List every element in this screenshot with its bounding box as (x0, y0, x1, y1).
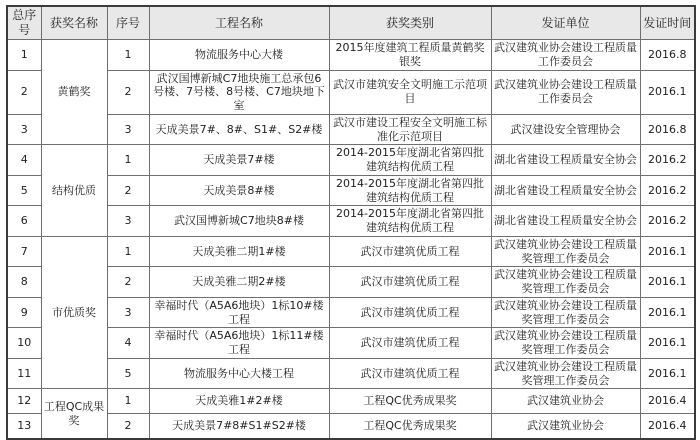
cell-project-name: 天成美雅二期2#楼 (149, 267, 329, 298)
cell-no: 4 (107, 328, 149, 359)
cell-issue-date: 2016.1 (640, 328, 695, 359)
cell-total-no: 10 (7, 328, 41, 359)
table-row: 115物流服务中心大楼工程武汉市建筑优质工程武汉建筑业协会建设工程质量奖管理工作… (7, 358, 695, 389)
cell-total-no: 7 (7, 236, 41, 267)
cell-total-no: 13 (7, 414, 41, 440)
cell-award-category: 2014-2015年度湖北省第四批建筑结构优质工程 (329, 145, 491, 176)
cell-no: 3 (107, 114, 149, 145)
cell-project-name: 幸福时代（A5A6地块）1标11#楼工程 (149, 328, 329, 359)
page: 总序号 获奖名称 序号 工程名称 获奖类别 发证单位 发证时间 1黄鹤奖1物流服… (0, 0, 700, 358)
table-row: 93幸福时代（A5A6地块）1标10#楼工程武汉市建筑优质工程武汉建筑业协会建设… (7, 297, 695, 328)
table-row: 12工程QC成果奖1天成美雅1#2#楼工程QC优秀成果奖武汉建筑业协会2016.… (7, 389, 695, 414)
cell-issuer: 湖北省建设工程质量安全协会 (491, 206, 640, 237)
cell-project-name: 天成美景8#楼 (149, 175, 329, 206)
cell-total-no: 11 (7, 358, 41, 389)
cell-award-category: 2014-2015年度湖北省第四批建筑结构优质工程 (329, 206, 491, 237)
cell-issuer: 武汉建筑业协会建设工程质量奖管理工作委员会 (491, 328, 640, 359)
col-header-award-name: 获奖名称 (41, 6, 107, 40)
cell-award-category: 武汉市建筑优质工程 (329, 236, 491, 267)
cell-issuer: 武汉建筑业协会建设工程质量奖管理工作委员会 (491, 297, 640, 328)
cell-issuer: 武汉建筑业协会建设工程质量奖管理工作委员会 (491, 236, 640, 267)
cell-no: 1 (107, 389, 149, 414)
table-row: 52天成美景8#楼2014-2015年度湖北省第四批建筑结构优质工程湖北省建设工… (7, 175, 695, 206)
awards-table-body: 1黄鹤奖1物流服务中心大楼2015年度建筑工程质量黄鹤奖银奖武汉建筑业协会建设工… (7, 40, 695, 440)
cell-award-category: 2015年度建筑工程质量黄鹤奖银奖 (329, 40, 491, 71)
cell-issuer: 武汉建筑业协会建设工程质量工作委员会 (491, 40, 640, 71)
cell-award-category: 工程QC优秀成果奖 (329, 414, 491, 440)
cell-issuer: 湖北省建设工程质量安全协会 (491, 145, 640, 176)
cell-project-name: 幸福时代（A5A6地块）1标10#楼工程 (149, 297, 329, 328)
col-header-issuer: 发证单位 (491, 6, 640, 40)
table-row: 7市优质奖1天成美雅二期1#楼武汉市建筑优质工程武汉建筑业协会建设工程质量奖管理… (7, 236, 695, 267)
cell-award-category: 武汉市建筑优质工程 (329, 297, 491, 328)
col-header-issue-date: 发证时间 (640, 6, 695, 40)
cell-issue-date: 2016.1 (640, 236, 695, 267)
cell-project-name: 天成美景7#8#S1#S2#楼 (149, 414, 329, 440)
cell-project-name: 武汉国博新城C7地块8#楼 (149, 206, 329, 237)
cell-issuer: 武汉建筑业协会建设工程质量奖管理工作委员会 (491, 358, 640, 389)
cell-no: 2 (107, 267, 149, 298)
table-row: 63武汉国博新城C7地块8#楼2014-2015年度湖北省第四批建筑结构优质工程… (7, 206, 695, 237)
cell-issuer: 湖北省建设工程质量安全协会 (491, 175, 640, 206)
cell-award-category: 武汉市建设工程安全文明施工标准化示范项目 (329, 114, 491, 145)
table-row: 104幸福时代（A5A6地块）1标11#楼工程武汉市建筑优质工程武汉建筑业协会建… (7, 328, 695, 359)
cell-total-no: 12 (7, 389, 41, 414)
cell-issuer: 武汉建筑业协会 (491, 414, 640, 440)
table-row: 82天成美雅二期2#楼武汉市建筑优质工程武汉建筑业协会建设工程质量奖管理工作委员… (7, 267, 695, 298)
cell-issue-date: 2016.1 (640, 70, 695, 114)
cell-award-name: 结构优质 (41, 145, 107, 237)
cell-issue-date: 2016.1 (640, 267, 695, 298)
table-row: 132天成美景7#8#S1#S2#楼工程QC优秀成果奖武汉建筑业协会2016.4 (7, 414, 695, 440)
cell-issuer: 武汉建筑业协会建设工程质量工作委员会 (491, 70, 640, 114)
cell-award-name: 工程QC成果奖 (41, 389, 107, 440)
table-row: 33天成美景7#、8#、S1#、S2#楼武汉市建设工程安全文明施工标准化示范项目… (7, 114, 695, 145)
cell-no: 1 (107, 236, 149, 267)
cell-no: 1 (107, 40, 149, 71)
col-header-no: 序号 (107, 6, 149, 40)
cell-no: 2 (107, 70, 149, 114)
cell-no: 2 (107, 414, 149, 440)
cell-issue-date: 2016.2 (640, 175, 695, 206)
awards-table: 总序号 获奖名称 序号 工程名称 获奖类别 发证单位 发证时间 1黄鹤奖1物流服… (6, 5, 696, 440)
cell-project-name: 天成美景7#楼 (149, 145, 329, 176)
cell-total-no: 4 (7, 145, 41, 176)
cell-project-name: 天成美雅1#2#楼 (149, 389, 329, 414)
table-row: 4结构优质1天成美景7#楼2014-2015年度湖北省第四批建筑结构优质工程湖北… (7, 145, 695, 176)
cell-total-no: 1 (7, 40, 41, 71)
cell-issue-date: 2016.1 (640, 297, 695, 328)
cell-issuer: 武汉建筑业协会建设工程质量奖管理工作委员会 (491, 267, 640, 298)
cell-no: 2 (107, 175, 149, 206)
cell-award-category: 武汉市建筑优质工程 (329, 328, 491, 359)
table-row: 1黄鹤奖1物流服务中心大楼2015年度建筑工程质量黄鹤奖银奖武汉建筑业协会建设工… (7, 40, 695, 71)
cell-award-category: 2014-2015年度湖北省第四批建筑结构优质工程 (329, 175, 491, 206)
cell-award-category: 工程QC优秀成果奖 (329, 389, 491, 414)
cell-total-no: 6 (7, 206, 41, 237)
cell-total-no: 9 (7, 297, 41, 328)
cell-issue-date: 2016.2 (640, 206, 695, 237)
cell-total-no: 2 (7, 70, 41, 114)
cell-project-name: 物流服务中心大楼工程 (149, 358, 329, 389)
cell-award-name: 市优质奖 (41, 236, 107, 389)
cell-no: 3 (107, 206, 149, 237)
cell-no: 5 (107, 358, 149, 389)
cell-project-name: 物流服务中心大楼 (149, 40, 329, 71)
cell-no: 3 (107, 297, 149, 328)
col-header-project-name: 工程名称 (149, 6, 329, 40)
cell-issuer: 武汉建设安全管理协会 (491, 114, 640, 145)
cell-award-category: 武汉市建筑安全文明施工示范项目 (329, 70, 491, 114)
cell-project-name: 天成美雅二期1#楼 (149, 236, 329, 267)
cell-issue-date: 2016.8 (640, 40, 695, 71)
cell-total-no: 5 (7, 175, 41, 206)
cell-project-name: 武汉国博新城C7地块施工总承包6号楼、7号楼、8号楼、C7地块地下室 (149, 70, 329, 114)
col-header-total-no: 总序号 (7, 6, 41, 40)
header-row: 总序号 获奖名称 序号 工程名称 获奖类别 发证单位 发证时间 (7, 6, 695, 40)
cell-issue-date: 2016.4 (640, 414, 695, 440)
table-row: 22武汉国博新城C7地块施工总承包6号楼、7号楼、8号楼、C7地块地下室武汉市建… (7, 70, 695, 114)
cell-issue-date: 2016.8 (640, 114, 695, 145)
cell-issue-date: 2016.4 (640, 389, 695, 414)
cell-issue-date: 2016.2 (640, 145, 695, 176)
cell-issue-date: 2016.1 (640, 358, 695, 389)
cell-total-no: 3 (7, 114, 41, 145)
cell-issuer: 武汉建筑业协会 (491, 389, 640, 414)
cell-award-name: 黄鹤奖 (41, 40, 107, 145)
col-header-award-category: 获奖类别 (329, 6, 491, 40)
cell-project-name: 天成美景7#、8#、S1#、S2#楼 (149, 114, 329, 145)
cell-no: 1 (107, 145, 149, 176)
cell-award-category: 武汉市建筑优质工程 (329, 358, 491, 389)
cell-total-no: 8 (7, 267, 41, 298)
cell-award-category: 武汉市建筑优质工程 (329, 267, 491, 298)
